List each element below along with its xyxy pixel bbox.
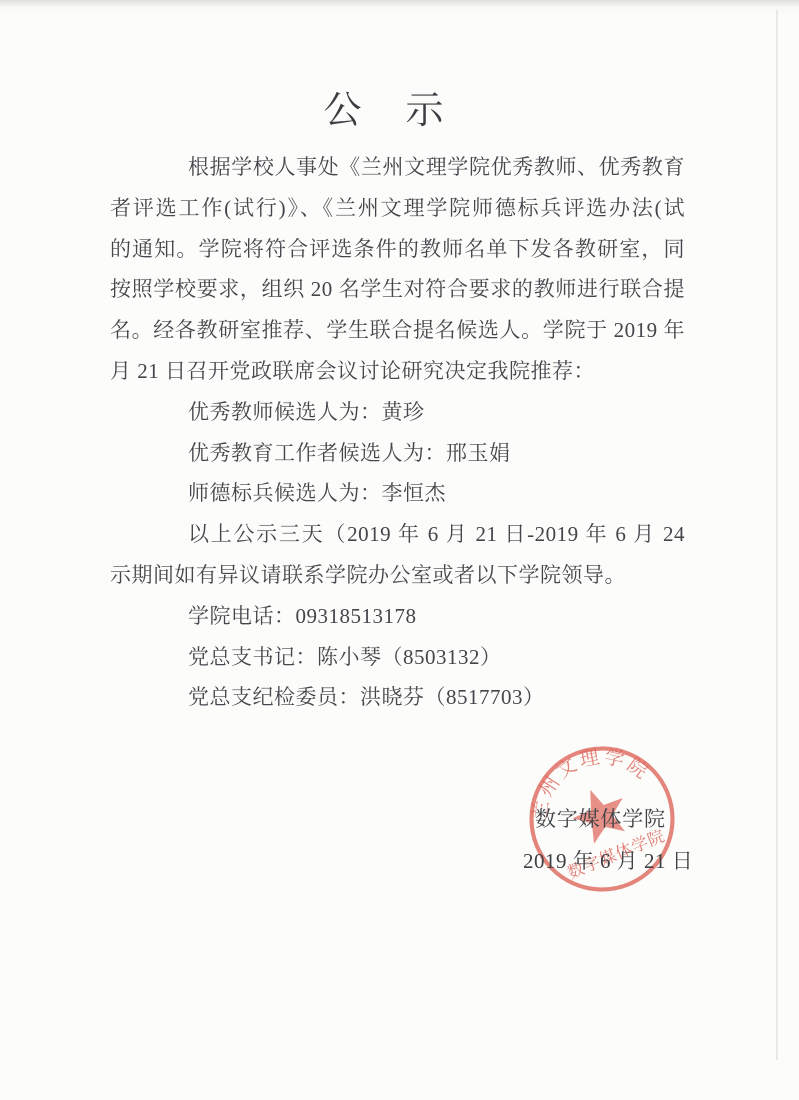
body-line: 师德标兵候选人为：李恒杰: [110, 473, 685, 514]
body-line: 优秀教师候选人为：黄珍: [110, 392, 685, 433]
body-line: 名。经各教研室推荐、学生联合提名候选人。学院于 2019 年 6: [110, 310, 685, 351]
body-line: 以上公示三天（2019 年 6 月 21 日-2019 年 6 月 24 日），…: [110, 514, 685, 555]
body-line: 月 21 日召开党政联席会议讨论研究决定我院推荐：: [110, 351, 685, 392]
page-title: 公 示: [0, 92, 770, 130]
body-line: 示期间如有异议请联系学院办公室或者以下学院领导。: [110, 555, 685, 596]
signature-date: 2019 年 6 月 21 日: [523, 845, 693, 875]
body-line: 的通知。学院将符合评选条件的教师名单下发各教研室，同时: [110, 229, 685, 270]
document-body: 根据学校人事处《兰州文理学院优秀教师、优秀教育工作 者评选工作(试行)》、《兰州…: [110, 147, 685, 718]
body-line: 根据学校人事处《兰州文理学院优秀教师、优秀教育工作: [110, 147, 685, 188]
body-line: 优秀教育工作者候选人为：邢玉娟: [110, 433, 685, 474]
document-page: 公 示 根据学校人事处《兰州文理学院优秀教师、优秀教育工作 者评选工作(试行)》…: [0, 0, 799, 1100]
body-line: 学院电话：09318513178: [110, 596, 685, 637]
scan-artifact-streak: [776, 10, 778, 1060]
body-line: 按照学校要求，组织 20 名学生对符合要求的教师进行联合提: [110, 269, 685, 310]
signature-department: 数字媒体学院: [535, 803, 666, 833]
body-line: 党总支纪检委员：洪晓芬（8517703）: [110, 677, 685, 718]
body-line: 者评选工作(试行)》、《兰州文理学院师德标兵评选办法(试行)》: [110, 188, 685, 229]
body-line: 党总支书记：陈小琴（8503132）: [110, 637, 685, 678]
